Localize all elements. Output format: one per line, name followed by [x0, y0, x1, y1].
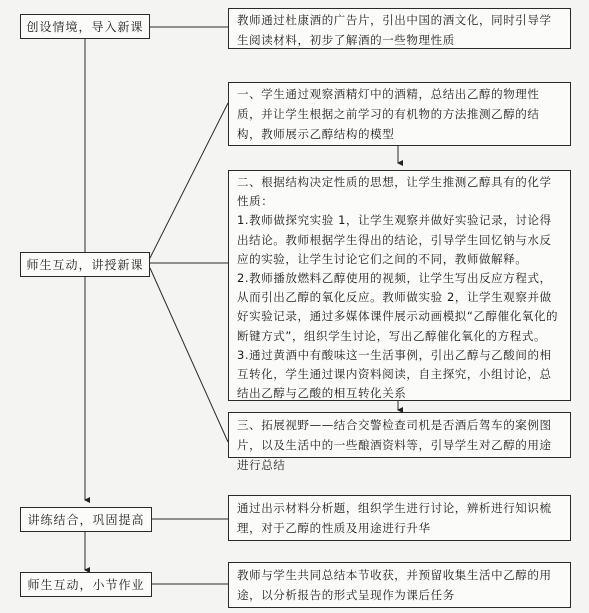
stage-label: 讲练结合，巩固提高 [27, 511, 144, 528]
detail-step2: 二、根据结构决定性质的思想，让学生推测乙醇具有的化学性质： 1.教师做探究实验 … [228, 170, 571, 401]
detail-practice: 通过出示材料分析题，组织学生进行讨论，辨析进行知识梳理，对于乙醇的性质及用途进行… [228, 495, 571, 541]
detail-text: 三、拓展视野——结合交警检查司机是否酒后驾车的案例图片，以及生活中的一些酿酒资料… [237, 415, 562, 475]
stage-teaching: 师生互动，讲授新课 [20, 252, 150, 277]
detail-homework: 教师与学生共同总结本节收获，并预留收集生活中乙醇的用途，以分析报告的形式呈现作为… [228, 562, 571, 608]
step2-item3: 3.通过黄酒中有酸味这一生活事例，引出乙醇与乙酸间的相互转化，学生通过课内资料阅… [237, 346, 562, 404]
stage-practice: 讲练结合，巩固提高 [20, 507, 152, 532]
stage-label: 创设情境，导入新课 [26, 18, 143, 35]
stage-intro: 创设情境，导入新课 [20, 14, 150, 39]
detail-text: 通过出示材料分析题，组织学生进行讨论，辨析进行知识梳理，对于乙醇的性质及用途进行… [237, 498, 562, 538]
step2-title: 二、根据结构决定性质的思想，让学生推测乙醇具有的化学性质： [237, 173, 562, 211]
stage-label: 师生互动，小节作业 [27, 576, 144, 593]
detail-text: 教师通过杜康酒的广告片，引出中国的酒文化，同时引导学生阅读材料，初步了解酒的一些… [237, 10, 562, 50]
detail-intro: 教师通过杜康酒的广告片，引出中国的酒文化，同时引导学生阅读材料，初步了解酒的一些… [228, 8, 571, 49]
step2-item1: 1.教师做探究实验 1，让学生观察并做好实验记录，讨论得出结论。教师根据学生得出… [237, 211, 562, 269]
detail-step3: 三、拓展视野——结合交警检查司机是否酒后驾车的案例图片，以及生活中的一些酿酒资料… [228, 412, 571, 458]
step2-item2: 2.教师播放燃料乙醇使用的视频，让学生写出反应方程式，从而引出乙醇的氧化反应。教… [237, 269, 562, 346]
stage-homework: 师生互动，小节作业 [20, 572, 152, 597]
detail-step1: 一、学生通过观察酒精灯中的酒精，总结出乙醇的物理性质，并让学生根据之前学习的有机… [228, 82, 571, 146]
stage-label: 师生互动，讲授新课 [26, 256, 143, 273]
detail-text: 一、学生通过观察酒精灯中的酒精，总结出乙醇的物理性质，并让学生根据之前学习的有机… [237, 84, 562, 144]
detail-text: 教师与学生共同总结本节收获，并预留收集生活中乙醇的用途，以分析报告的形式呈现作为… [237, 565, 562, 605]
